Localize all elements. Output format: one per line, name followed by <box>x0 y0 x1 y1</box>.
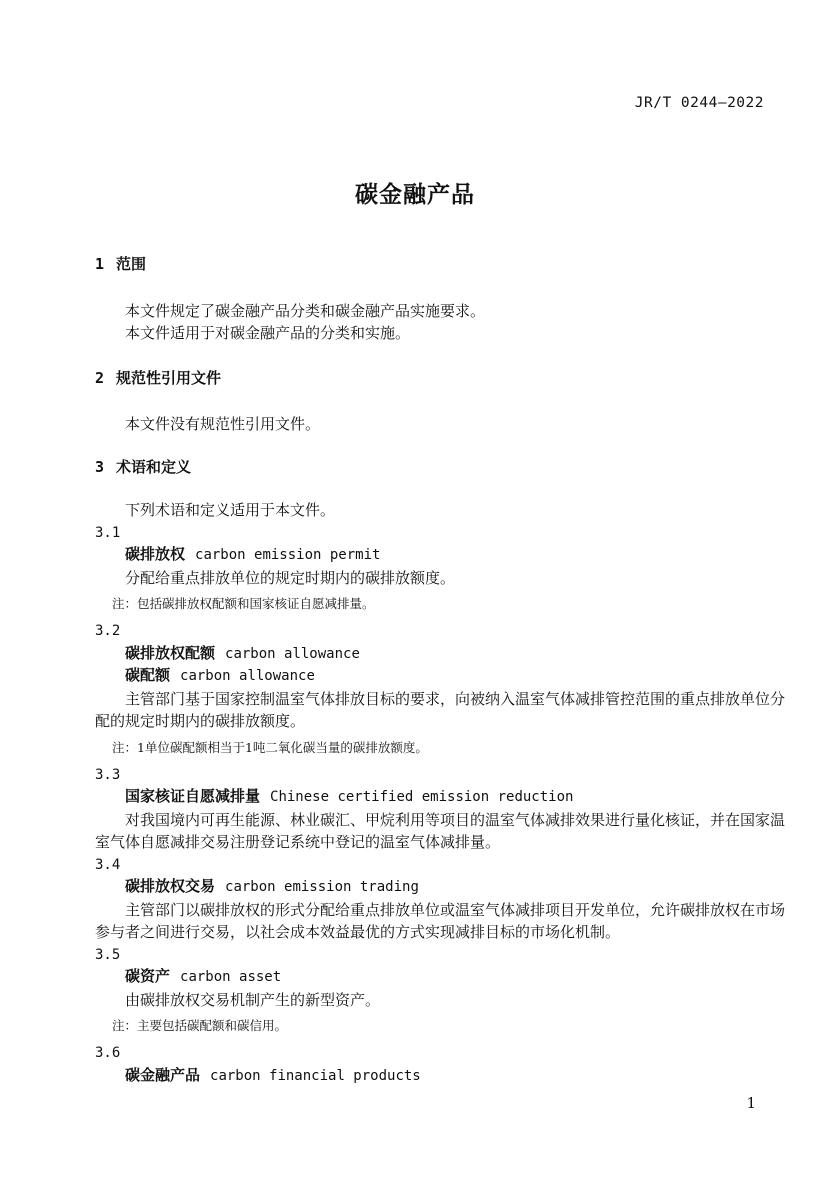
section-title: 规范性引用文件 <box>116 370 221 387</box>
term-line: 碳配额carbon allowance <box>95 665 785 688</box>
section-terms-definitions: 3术语和定义 下列术语和定义适用于本文件。 3.1 碳排放权carbon emi… <box>95 456 785 1088</box>
document-title: 碳金融产品 <box>0 176 830 209</box>
section-heading: 2规范性引用文件 <box>95 367 785 391</box>
term-definition: 分配给重点排放单位的规定时期内的碳排放额度。 <box>95 567 785 590</box>
term-en: carbon emission permit <box>195 547 380 563</box>
clause-number: 3.6 <box>95 1042 785 1065</box>
clause-number: 3.4 <box>95 854 785 877</box>
clause-number: 3.5 <box>95 944 785 967</box>
term-item-3-5: 3.5 碳资产carbon asset 由碳排放权交易机制产生的新型资产。 注：… <box>95 944 785 1037</box>
section-number: 3 <box>95 458 104 476</box>
section-title: 范围 <box>116 256 146 273</box>
term-line: 碳排放权carbon emission permit <box>95 544 785 567</box>
term-item-3-2: 3.2 碳排放权配额carbon allowance 碳配额carbon all… <box>95 620 785 758</box>
term-zh: 碳金融产品 <box>125 1067 200 1084</box>
term-line: 碳排放权交易carbon emission trading <box>95 876 785 899</box>
page-number: 1 <box>746 1094 756 1112</box>
term-note: 注：1单位碳配额相当于1吨二氧化碳当量的碳排放额度。 <box>95 738 785 758</box>
paragraph: 本文件适用于对碳金融产品的分类和实施。 <box>95 322 785 345</box>
term-en: carbon allowance <box>225 646 360 662</box>
term-zh: 碳排放权 <box>125 546 185 563</box>
clause-number: 3.1 <box>95 522 785 545</box>
term-en: Chinese certified emission reduction <box>270 789 573 805</box>
term-item-3-4: 3.4 碳排放权交易carbon emission trading 主管部门以碳… <box>95 854 785 944</box>
section-number: 1 <box>95 255 104 273</box>
paragraph: 下列术语和定义适用于本文件。 <box>95 499 785 522</box>
term-line: 碳金融产品carbon financial products <box>95 1065 785 1088</box>
section-number: 2 <box>95 369 104 387</box>
term-definition: 主管部门基于国家控制温室气体排放目标的要求，向被纳入温室气体减排管控范围的重点排… <box>95 688 785 733</box>
section-scope: 1范围 本文件规定了碳金融产品分类和碳金融产品实施要求。 本文件适用于对碳金融产… <box>95 253 785 345</box>
section-normative-references: 2规范性引用文件 本文件没有规范性引用文件。 <box>95 367 785 436</box>
term-note: 注：包括碳排放权配额和国家核证自愿减排量。 <box>95 594 785 614</box>
term-zh: 国家核证自愿减排量 <box>125 788 260 805</box>
doc-code: JR/T 0244—2022 <box>635 95 764 111</box>
term-line: 碳排放权配额carbon allowance <box>95 643 785 666</box>
clause-number: 3.2 <box>95 620 785 643</box>
term-en: carbon financial products <box>210 1068 421 1084</box>
term-item-3-6: 3.6 碳金融产品carbon financial products <box>95 1042 785 1087</box>
term-line: 国家核证自愿减排量Chinese certified emission redu… <box>95 786 785 809</box>
term-zh: 碳资产 <box>125 968 170 985</box>
clause-number: 3.3 <box>95 764 785 787</box>
term-definition: 由碳排放权交易机制产生的新型资产。 <box>95 989 785 1012</box>
paragraph: 本文件规定了碳金融产品分类和碳金融产品实施要求。 <box>95 300 785 323</box>
paragraph: 本文件没有规范性引用文件。 <box>95 413 785 436</box>
term-note: 注：主要包括碳配额和碳信用。 <box>95 1016 785 1036</box>
section-heading: 3术语和定义 <box>95 456 785 480</box>
term-item-3-3: 3.3 国家核证自愿减排量Chinese certified emission … <box>95 764 785 854</box>
term-zh: 碳排放权配额 <box>125 645 215 662</box>
term-en: carbon emission trading <box>225 879 419 895</box>
term-zh: 碳排放权交易 <box>125 878 215 895</box>
section-title: 术语和定义 <box>116 459 191 476</box>
section-heading: 1范围 <box>95 253 785 277</box>
document-body: 1范围 本文件规定了碳金融产品分类和碳金融产品实施要求。 本文件适用于对碳金融产… <box>95 253 785 1087</box>
term-definition: 对我国境内可再生能源、林业碳汇、甲烷利用等项目的温室气体减排效果进行量化核证，并… <box>95 809 785 854</box>
term-line: 碳资产carbon asset <box>95 966 785 989</box>
term-en: carbon asset <box>180 969 281 985</box>
term-definition: 主管部门以碳排放权的形式分配给重点排放单位或温室气体减排项目开发单位，允许碳排放… <box>95 899 785 944</box>
term-en: carbon allowance <box>180 668 315 684</box>
term-zh: 碳配额 <box>125 667 170 684</box>
term-item-3-1: 3.1 碳排放权carbon emission permit 分配给重点排放单位… <box>95 522 785 615</box>
